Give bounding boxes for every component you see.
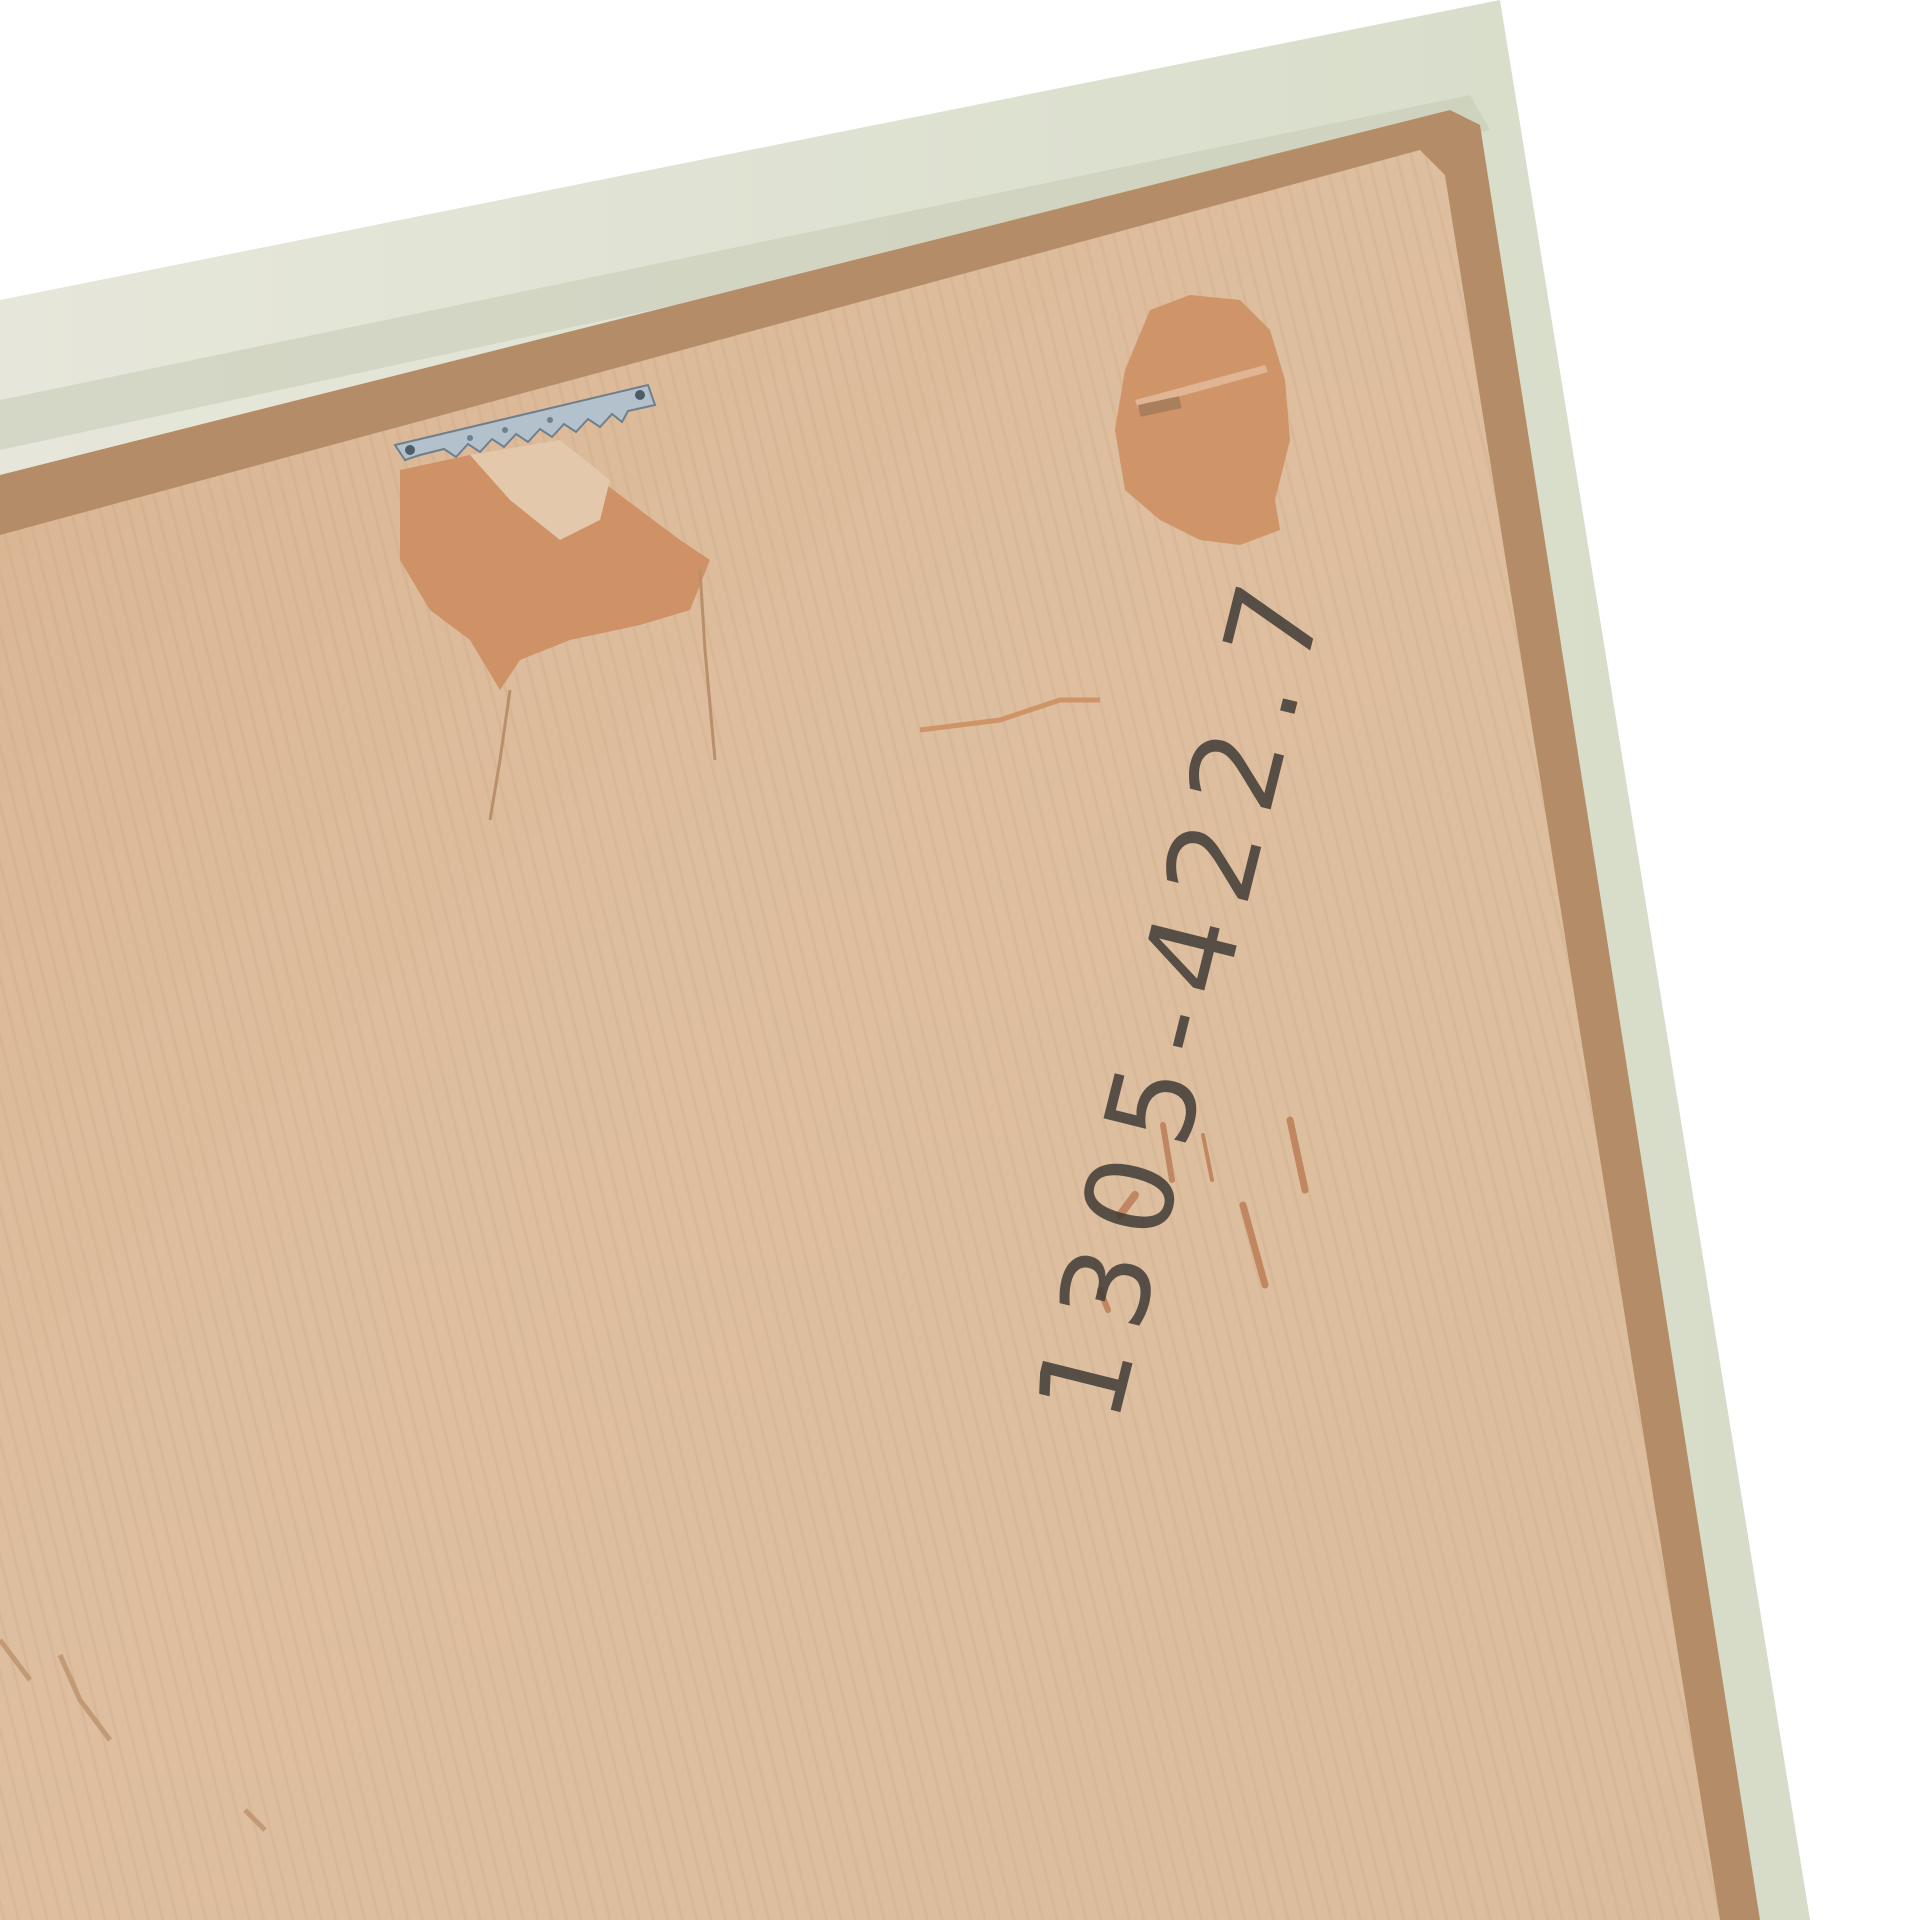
photo-scene: 1305-422.7 <box>0 0 1920 1920</box>
frame-back-illustration <box>0 0 1920 1920</box>
